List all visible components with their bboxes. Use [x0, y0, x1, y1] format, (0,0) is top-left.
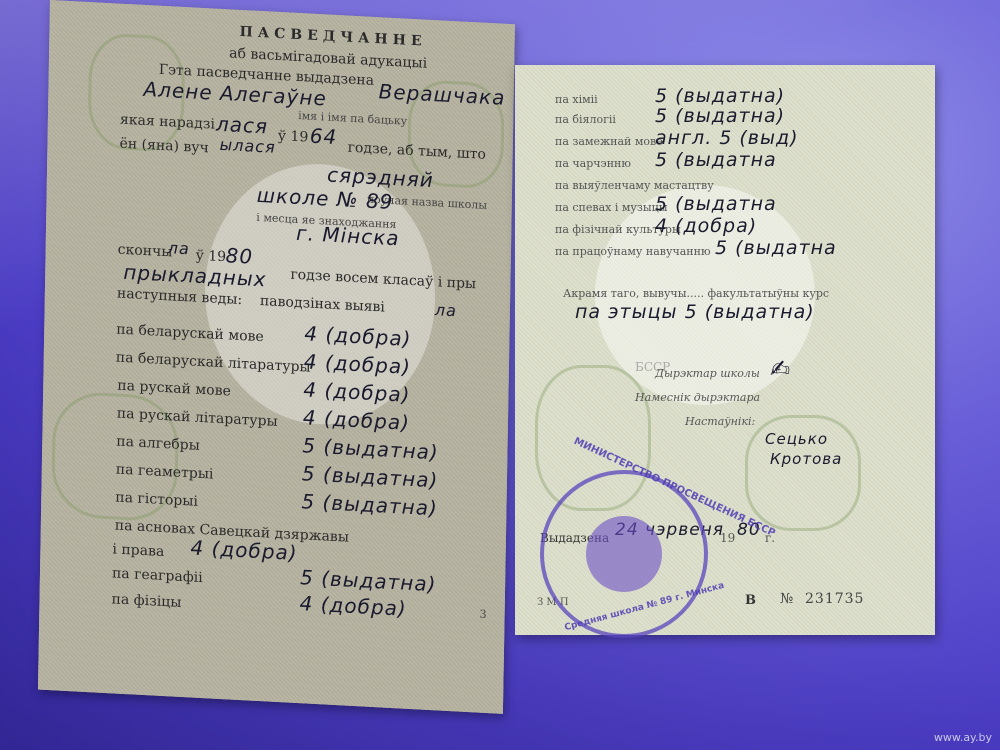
teacher-signature-2: Кротова: [770, 450, 842, 468]
subject-label: па спевах і музыцы: [555, 201, 667, 214]
issued-year-label: 19: [720, 531, 735, 545]
surname-handwritten: Верашчака: [378, 79, 505, 110]
conduct-suffix-handwritten: ла: [435, 300, 457, 320]
deputy-label: Намеснік дырэктара: [635, 391, 760, 404]
subject-label: і права: [112, 541, 164, 560]
series-letter: В: [745, 593, 756, 608]
subject-label: па фізіцы: [111, 591, 181, 611]
subject-grade-handwritten: 5 (выдатна): [655, 85, 785, 107]
studied-handwritten: ылася: [219, 135, 275, 157]
teacher-signature-1: Сецько: [765, 430, 828, 448]
finished-handwritten: ла: [168, 238, 190, 258]
subject-label: па выяўленчаму мастацтву: [555, 179, 714, 192]
certificate-number: 231735: [805, 591, 864, 607]
subject-grade-handwritten: 4 (добра): [190, 535, 297, 565]
subject-grade-handwritten: 5 (выдатна): [302, 461, 439, 492]
certificate-title: ПАСВЕДЧАННЕ: [239, 24, 426, 50]
subject-grade-handwritten: 5 (выдатна: [655, 193, 777, 215]
number-label: №: [780, 591, 793, 607]
studied-label: ён (яна) вуч: [119, 136, 209, 157]
school-stamp: МИНИСТЕРСТВО ПРОСВЕЩЕНИЯ БССР Средняя шк…: [540, 470, 708, 638]
extra-course-handwritten: па этыцы 5 (выдатна): [575, 301, 815, 323]
stamp-emblem: [586, 516, 662, 592]
site-watermark: www.ay.by: [934, 731, 992, 744]
subject-grade-handwritten: 5 (выдатна): [302, 433, 439, 464]
subject-grade-handwritten: 5 (выдатна: [715, 237, 837, 259]
subject-label: па хіміі: [555, 93, 598, 106]
subject-grade-handwritten: 4 (добра): [299, 591, 406, 621]
subject-grade-handwritten: 4 (добра): [303, 405, 410, 435]
subject-grade-handwritten: 5 (выдатна: [655, 149, 777, 171]
teachers-label: Настаўнікі:: [685, 415, 755, 428]
born-year-label: ў 19: [278, 128, 309, 146]
subject-label: па чарчэнню: [555, 157, 631, 170]
finished-year-label: ў 19: [196, 248, 227, 266]
subject-label: па біялогіі: [555, 113, 616, 126]
finished-label: скончы: [118, 242, 173, 261]
subject-grade-handwritten: 4 (добра): [655, 215, 757, 237]
subject-grade-handwritten: 5 (выдатна): [301, 489, 438, 520]
page-number: 3: [479, 608, 486, 621]
director-label: Дырэктар школы: [655, 367, 760, 380]
certificate-left-page: ПАСВЕДЧАННЕ аб васьмігадовай адукацыі Гэ…: [38, 0, 515, 714]
subject-label: па геаграфіі: [112, 565, 203, 586]
subject-grade-handwritten: 5 (выдатна): [655, 105, 785, 127]
born-year-handwritten: 64: [310, 124, 338, 149]
director-signature: ✍: [770, 355, 791, 383]
subject-label: па працоўнаму навучанню: [555, 245, 711, 258]
subject-label: па замежнай мове: [555, 135, 663, 148]
extra-course-label: Акрамя таго, вывучы..... факультатыўны к…: [563, 287, 829, 300]
subject-grade-handwritten: англ. 5 (выд): [655, 127, 799, 149]
